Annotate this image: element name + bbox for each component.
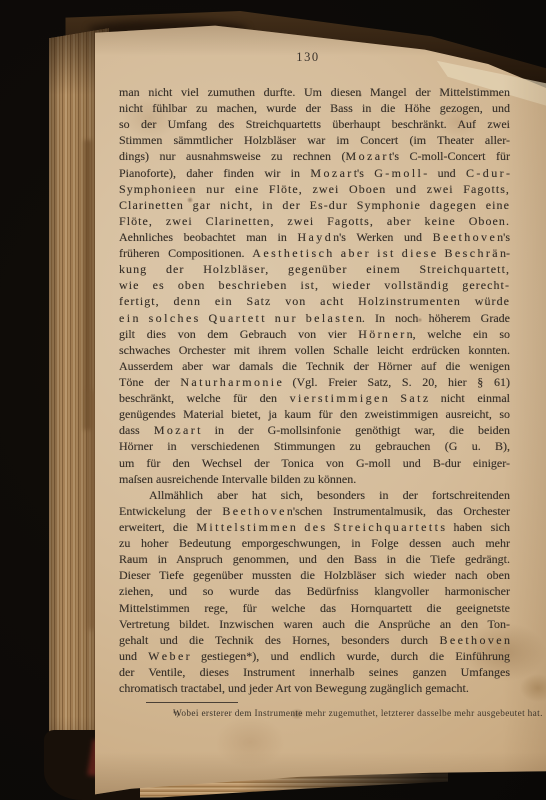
footnote-rule: [146, 702, 238, 703]
text-line: Entwickelung der B e e t h o v e n'schen…: [119, 503, 510, 519]
text-line: Symphonieen nur eine Flöte, zwei Oboen u…: [119, 181, 510, 197]
text-line: schwaches Orchester mit ihrem vollen Sch…: [119, 342, 510, 358]
text-line: gilt dies von dem Gebrauch von vier H ö …: [119, 326, 510, 342]
text-line: maſsen ausreichende Intervalle bilden zu…: [119, 471, 510, 487]
book-photo: 130 man nicht viel zumuthen durfte. Um d…: [0, 0, 546, 800]
text-line: e i n s o l c h e s Q u a r t e t t n u …: [119, 310, 510, 326]
text-line: früheren Compositionen. A e s t h e t i …: [119, 245, 510, 261]
text-line: erweitert, die M i t t e l s t i m m e n…: [119, 519, 510, 535]
text-line: fertigt, denn ein Satz von acht Holzinst…: [119, 293, 510, 309]
text-line: Pianoforte), daher finden wir in M o z a…: [119, 165, 510, 181]
text-line: und W e b e r gestiegen*), und endlich w…: [119, 648, 510, 664]
text-line: dass M o z a r t in der G-mollsinfonie g…: [119, 422, 510, 438]
text-line: der Ventile, dieses Instrument innerhalb…: [119, 664, 510, 680]
text-line: Aehnliches beobachtet man in H a y d n's…: [119, 229, 510, 245]
text-line: Töne der N a t u r h a r m o n i e (Vgl.…: [119, 374, 510, 390]
text-line: Mittelstimmen rege, für welche das Hornq…: [119, 600, 510, 616]
page-text: man nicht viel zumuthen durfte. Um diese…: [119, 84, 510, 696]
text-line: kung der Holzbläser, gegenüber einem Str…: [119, 261, 510, 277]
text-line: um für den Wechsel der Tonica von G-moll…: [119, 455, 510, 471]
page-number: 130: [112, 50, 504, 65]
text-line: wie es oben beschrieben ist, wieder voll…: [119, 277, 510, 293]
text-line: nicht fühlbar zu machen, wurde der Bass …: [119, 100, 510, 116]
text-line: so der Umfang des Streichquartetts überh…: [119, 116, 510, 132]
text-line: Clarinetten gar nicht, in der Es-dur Sym…: [119, 197, 510, 213]
text-line: gehalt und die Technik des Hornes, beson…: [119, 632, 510, 648]
text-line: Hörner in verschiedenen Stimmungen zu ge…: [119, 438, 510, 454]
page-edge-streak: [84, 140, 92, 430]
text-line: Ausserdem aber war damals die Technik de…: [119, 358, 510, 374]
text-line: dings) nur ausnahmsweise zu rechnen (M o…: [119, 148, 510, 164]
text-line: Dieser Tiefe gegenüber mussten die Holzb…: [119, 567, 510, 583]
text-line: Stimmen sämmtlicher Holzbläser war im Co…: [119, 132, 510, 148]
text-line: zu hoher Bedeutung emporgeschwungen, in …: [119, 535, 510, 551]
text-line: Raum in Anspruch genommen, und den Bass …: [119, 551, 510, 567]
text-line: ziehen, und so wurde das Bedürfniss klan…: [119, 583, 510, 599]
text-line: beschränkt, welche für den v i e r s t i…: [119, 390, 510, 406]
text-line: chromatisch tractabel, und jeder Art von…: [119, 680, 510, 696]
text-line: Allmählich aber hat sich, besonders in d…: [119, 487, 510, 503]
text-line: Vertretung bildet. Inzwischen waren auch…: [119, 616, 510, 632]
text-line: man nicht viel zumuthen durfte. Um diese…: [119, 84, 510, 100]
text-line: Flöte, zwei Clarinetten, zwei Fagotts, a…: [119, 213, 510, 229]
text-line: genügendes Material bietet, ja kaum für …: [119, 406, 510, 422]
footnote-text: Wobei ersterer dem Instrumente mehr zuge…: [146, 708, 543, 720]
